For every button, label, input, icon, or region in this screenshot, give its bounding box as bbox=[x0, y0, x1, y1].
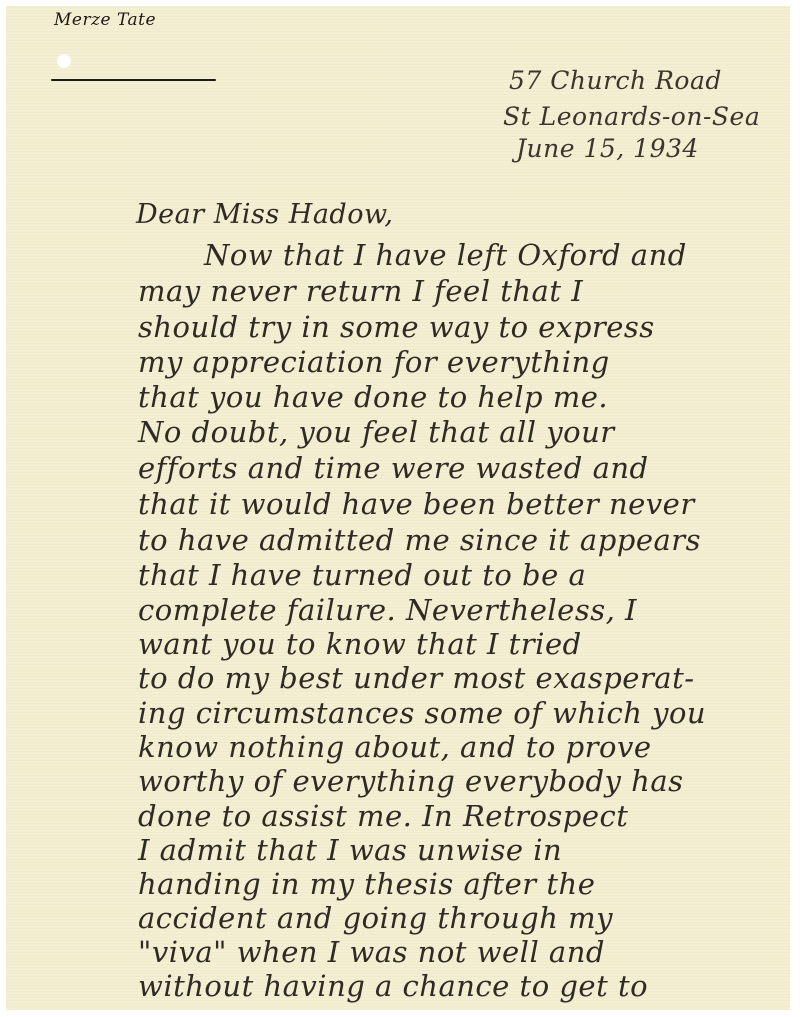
body-line: want you to know that I tried bbox=[138, 627, 582, 661]
body-line: efforts and time were wasted and bbox=[138, 451, 649, 485]
body-line: "viva" when I was not well and bbox=[138, 935, 605, 969]
body-line: that you have done to help me. bbox=[138, 380, 608, 414]
punch-hole bbox=[57, 54, 71, 68]
body-line: Now that I have left Oxford and bbox=[204, 238, 687, 272]
body-line: done to assist me. In Retrospect bbox=[138, 799, 628, 833]
body-line: No doubt, you feel that all your bbox=[138, 415, 615, 449]
letter-date: June 15, 1934 bbox=[516, 134, 699, 163]
body-line: worthy of everything everybody has bbox=[138, 764, 684, 798]
body-line: that I have turned out to be a bbox=[138, 558, 586, 592]
body-line: may never return I feel that I bbox=[138, 274, 583, 308]
body-line: complete failure. Nevertheless, I bbox=[138, 593, 637, 627]
address-street: 57 Church Road bbox=[509, 66, 722, 95]
address-town: St Leonards-on-Sea bbox=[503, 102, 760, 131]
body-line: I admit that I was unwise in bbox=[138, 833, 562, 867]
body-line: ing circumstances some of which you bbox=[138, 696, 706, 730]
letter-page: Merze Tate 57 Church Road St Leonards-on… bbox=[6, 6, 790, 1010]
body-line: to have admitted me since it appears bbox=[138, 523, 701, 557]
body-line: accident and going through my bbox=[138, 901, 613, 935]
name-tag: Merze Tate bbox=[54, 10, 156, 30]
body-line: to do my best under most exasperat- bbox=[138, 661, 695, 695]
body-line: should try in some way to express bbox=[138, 310, 655, 344]
name-underline bbox=[51, 79, 216, 81]
body-line: handing in my thesis after the bbox=[138, 867, 595, 901]
body-line: without having a chance to get to bbox=[138, 969, 648, 1003]
body-line: know nothing about, and to prove bbox=[138, 730, 652, 764]
body-line: my appreciation for everything bbox=[138, 345, 610, 379]
salutation: Dear Miss Hadow, bbox=[136, 199, 393, 230]
body-line: that it would have been better never bbox=[138, 487, 695, 521]
